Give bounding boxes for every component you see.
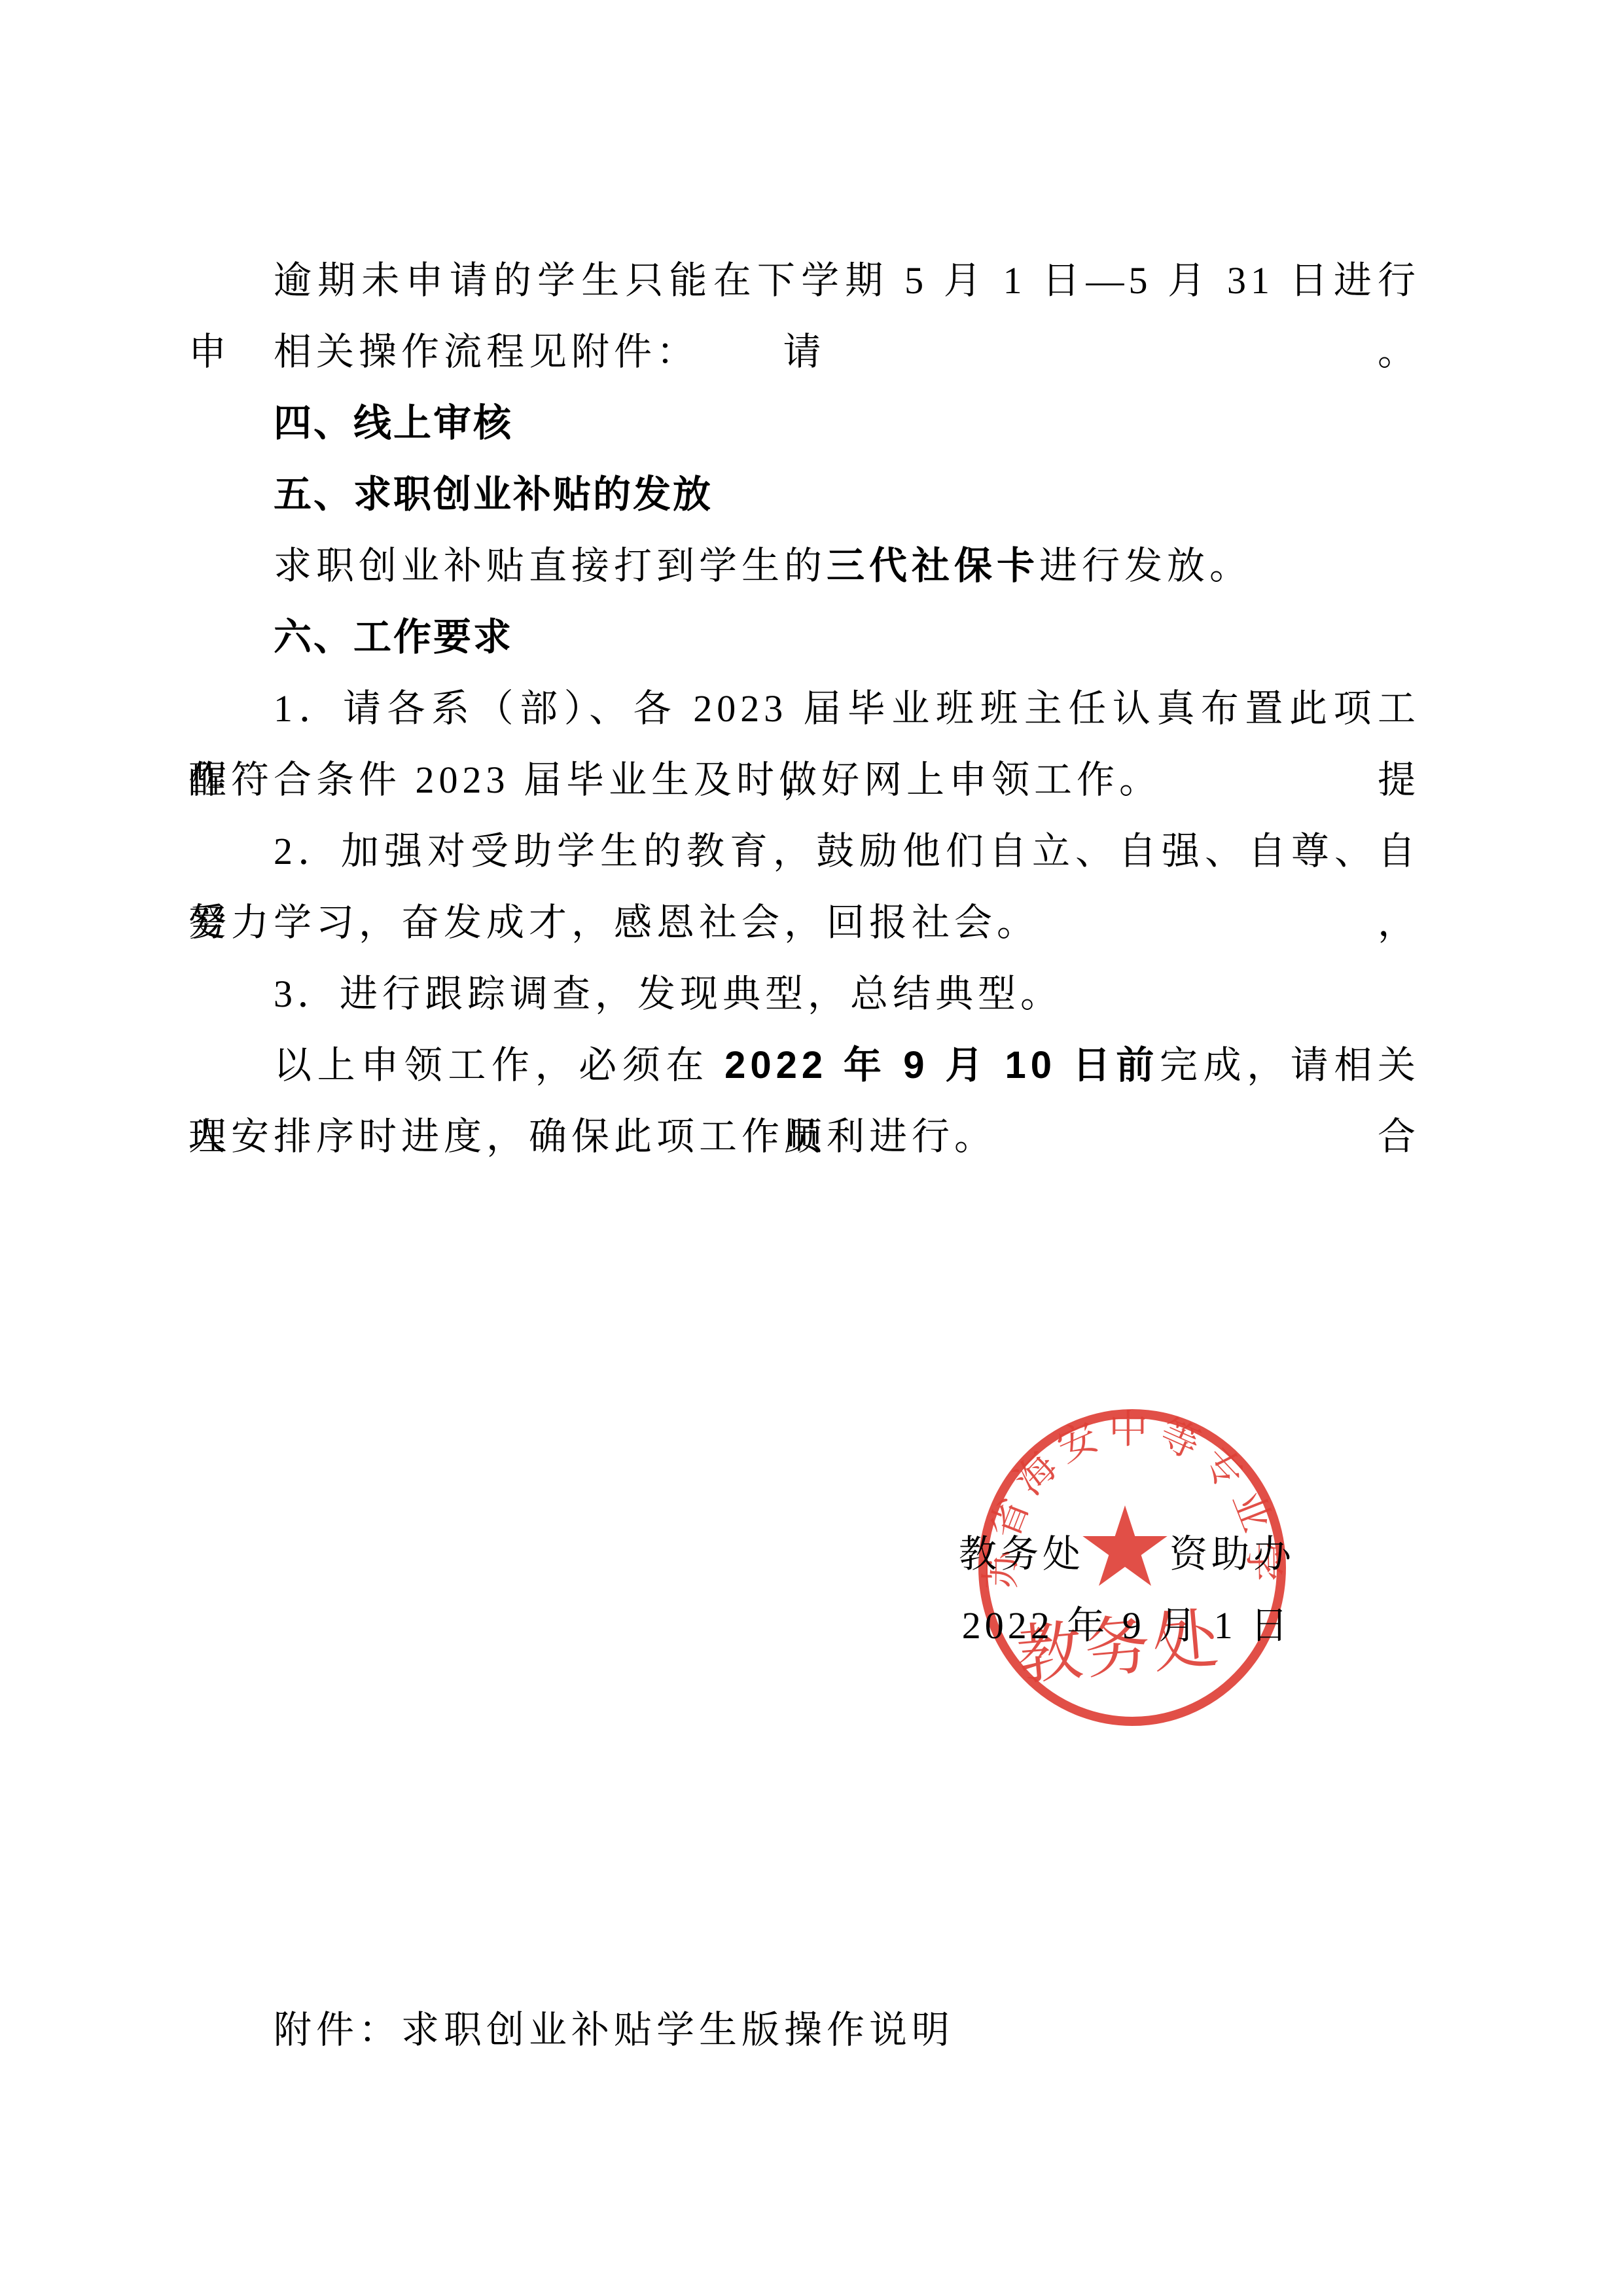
body-text: 努力学习，奋发成才，感恩社会，回报社会。: [188, 901, 1039, 944]
body-text: 求职创业补贴直接打到学生的: [274, 545, 827, 587]
body-text: 进行发放。: [1039, 545, 1252, 587]
attachment-line: 附件：求职创业补贴学生版操作说明: [188, 1994, 1420, 2066]
body-line: 求职创业补贴直接打到学生的三代社保卡进行发放。: [188, 530, 1420, 601]
body-line: 1．请各系（部）、各 2023 届毕业班班主任认真布置此项工作，提: [188, 673, 1420, 744]
section-heading-5: 五、求职创业补贴的发放: [188, 459, 1420, 530]
section-heading-4: 四、线上审核: [188, 387, 1420, 459]
heading-text: 五、求职创业补贴的发放: [274, 473, 713, 516]
body-text: 醒符合条件 2023 届毕业生及时做好网上申领工作。: [188, 759, 1162, 801]
attachment-text: 附件：求职创业补贴学生版操作说明: [274, 2009, 954, 2051]
stamp-star-icon: [1082, 1505, 1167, 1586]
official-seal: 江苏省海安中等专业学校 教务处: [974, 1403, 1289, 1730]
bold-text: 2022 年 9 月 10 日前: [724, 1044, 1160, 1086]
section-heading-6: 六、工作要求: [188, 601, 1420, 673]
document-body: 逾期未申请的学生只能在下学期 5 月 1 日—5 月 31 日进行申请。 相关操…: [188, 245, 1420, 1172]
body-line: 逾期未申请的学生只能在下学期 5 月 1 日—5 月 31 日进行申请。: [188, 245, 1420, 316]
body-text: 相关操作流程见附件：: [274, 331, 699, 373]
body-text: 3．进行跟踪调查，发现典型，总结典型。: [274, 973, 1063, 1015]
body-line: 3．进行跟踪调查，发现典型，总结典型。: [188, 958, 1420, 1030]
body-line: 以上申领工作，必须在 2022 年 9 月 10 日前完成，请相关人员合: [188, 1030, 1420, 1101]
body-text: 理安排序时进度，确保此项工作顺利进行。: [188, 1115, 997, 1158]
body-line: 2．加强对受助学生的教育，鼓励他们自立、自强、自尊、自爱，: [188, 816, 1420, 887]
bold-text: 三代社保卡: [827, 545, 1039, 587]
heading-text: 四、线上审核: [274, 402, 513, 444]
heading-text: 六、工作要求: [274, 616, 513, 658]
stamp-bottom-text: 教务处: [1014, 1603, 1223, 1693]
document-page: 逾期未申请的学生只能在下学期 5 月 1 日—5 月 31 日进行申请。 相关操…: [0, 0, 1623, 2296]
body-text: 以上申领工作，必须在: [274, 1044, 724, 1086]
